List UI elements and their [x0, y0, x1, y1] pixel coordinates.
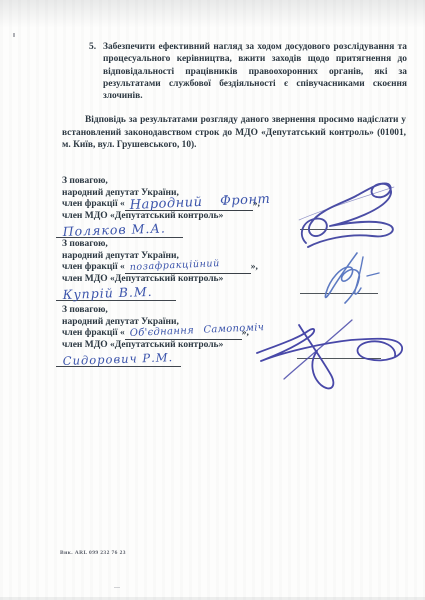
name-underline: Поляков М.А.	[56, 224, 183, 238]
signer-name-handwritten: Сидорович Р.М.	[63, 351, 174, 369]
signature-line-1	[300, 229, 382, 230]
fraction-prefix: член фракції «	[62, 199, 125, 211]
executor-note: Вик. ARL 099 232 76 23	[60, 550, 126, 556]
signature-block-kuprii: З повагою, народний депутат України, чле…	[62, 239, 272, 301]
fraction-line: член фракції «Об'єднання Самопоміч»,	[62, 328, 272, 340]
signer-name-handwritten: Купрій В.М.	[62, 284, 152, 302]
fraction-handwritten: позафракційний	[129, 258, 220, 274]
signature-scribble-polyakov	[299, 183, 394, 247]
salutation: З повагою,	[62, 239, 272, 251]
scanned-letter-page: 5. Забезпечити ефективний нагляд за ходо…	[0, 0, 425, 600]
fraction-suffix: »,	[251, 262, 258, 274]
list-item-number: 5.	[89, 41, 103, 103]
list-item-5: 5. Забезпечити ефективний нагляд за ходо…	[89, 41, 407, 103]
membership-line: член МДО «Депутатський контроль»	[62, 211, 272, 223]
signature-line-2	[300, 293, 378, 294]
signature-block-sydorovych: З повагою, народний депутат України, чле…	[62, 305, 272, 367]
signature-scribble-sydorovych	[257, 320, 402, 388]
signature-block-polyakov: З повагою, народний депутат України, чле…	[62, 176, 272, 238]
scan-speck	[114, 587, 120, 588]
fraction-blank: Народний Фронт	[125, 200, 253, 211]
reply-paragraph: Відповідь за результатами розгляду даног…	[62, 114, 406, 152]
name-underline: Сидорович Р.М.	[56, 353, 181, 367]
signature-scribble-kuprii	[325, 253, 379, 303]
fraction-prefix: член фракції «	[62, 328, 125, 340]
fraction-line: член фракції «Народний Фронт»,	[62, 199, 272, 211]
membership-line: член МДО «Депутатський контроль»	[62, 274, 272, 286]
fraction-prefix: член фракції «	[62, 262, 125, 274]
fraction-blank: позафракційний	[125, 263, 251, 274]
salutation: З повагою,	[62, 305, 272, 317]
salutation: З повагою,	[62, 176, 272, 188]
scan-speck	[13, 33, 15, 37]
signer-name-handwritten: Поляков М.А.	[62, 221, 166, 240]
fraction-line: член фракції «позафракційний»,	[62, 262, 272, 274]
scan-edge-artifact	[0, 0, 425, 28]
signature-line-3	[297, 358, 381, 359]
fraction-handwritten: Народний Фронт	[129, 194, 270, 212]
fraction-blank: Об'єднання Самопоміч	[125, 329, 242, 340]
name-underline: Купрій В.М.	[56, 287, 176, 301]
list-item-text: Забезпечити ефективний нагляд за ходом д…	[103, 41, 407, 103]
